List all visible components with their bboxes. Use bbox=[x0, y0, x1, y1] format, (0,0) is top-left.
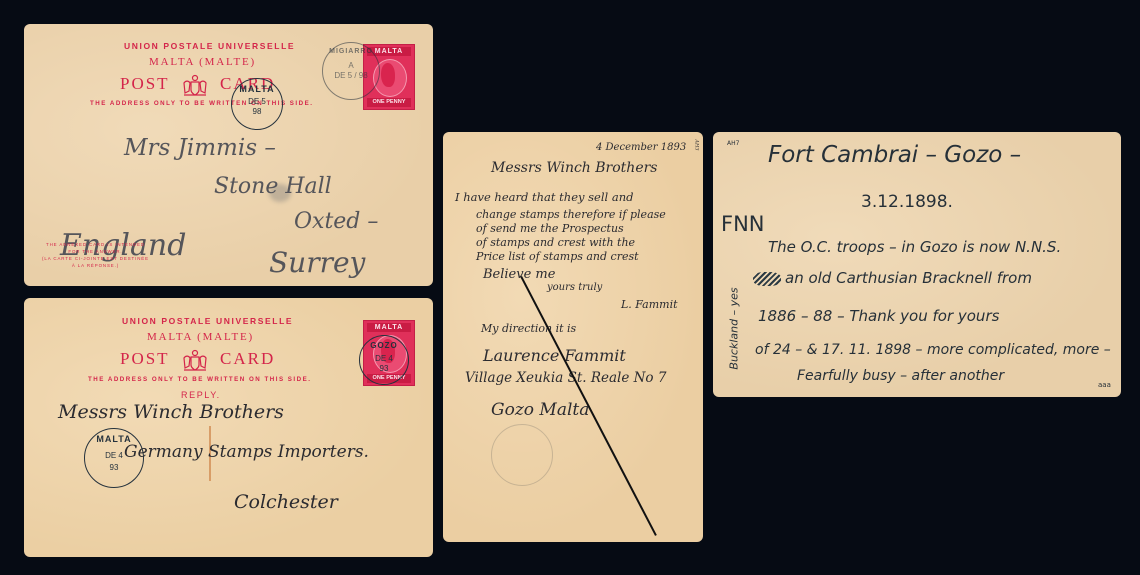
signature-tail: aaa bbox=[1098, 381, 1111, 389]
faint-postmark bbox=[491, 424, 553, 486]
postcard-front-message: UNION POSTALE UNIVERSELLE MALTA (MALTE) … bbox=[24, 24, 433, 286]
crossed-out-word bbox=[753, 272, 781, 286]
stamp-value: ONE PENNY bbox=[367, 98, 411, 107]
signature: L. Fammit bbox=[621, 298, 678, 311]
reply-label: REPLY. bbox=[181, 390, 221, 400]
postmark-town: MIGIARRO bbox=[323, 48, 379, 55]
annex-line: THE ANNEXED CARD IS INTENDED bbox=[42, 241, 149, 248]
closing-2: yours truly bbox=[547, 282, 602, 293]
postmark-year: 98 bbox=[232, 107, 282, 116]
note-line: 1886 – 88 – Thank you for yours bbox=[758, 307, 999, 325]
country-header: MALTA (MALTE) bbox=[149, 56, 256, 68]
note-line: The O.C. troops – in Gozo is now N.N.S. bbox=[768, 238, 1061, 256]
addressee-name: Messrs Winch Brothers bbox=[58, 401, 284, 423]
queen-head-icon bbox=[381, 63, 395, 87]
royal-arms-icon bbox=[181, 74, 209, 98]
address-only-notice: THE ADDRESS ONLY TO BE WRITTEN ON THIS S… bbox=[88, 376, 311, 383]
note-line: Fearfully busy – after another bbox=[797, 368, 1004, 384]
postmark-gozo: GOZO DE 4 93 bbox=[359, 335, 409, 385]
note-date: 3.12.1898. bbox=[861, 192, 953, 212]
address-line-2: Oxted – bbox=[294, 209, 378, 234]
annex-line: À LA RÉPONSE.) bbox=[42, 262, 149, 269]
upu-header: UNION POSTALE UNIVERSELLE bbox=[124, 41, 295, 51]
postmark-town: GOZO bbox=[360, 341, 408, 350]
stamp-country: MALTA bbox=[367, 323, 411, 332]
post-label: POST bbox=[120, 74, 170, 94]
card-label: CARD bbox=[220, 349, 275, 369]
sender-name: Laurence Fammit bbox=[483, 346, 626, 365]
letter-line: change stamps therefore if please bbox=[476, 208, 666, 221]
sender-location: Gozo Malta bbox=[491, 400, 589, 420]
corner-note: AH7 bbox=[727, 140, 739, 147]
sender-address: Village Xeukia St. Reale No 7 bbox=[465, 370, 666, 386]
country-header: MALTA (MALTE) bbox=[147, 331, 254, 343]
postmark-town: MALTA bbox=[232, 84, 282, 94]
closing: Believe me bbox=[483, 267, 555, 282]
postmark-date: DE 5 bbox=[232, 97, 282, 106]
annex-line: (LA CARTE CI-JOINTE EST DESTINÉE bbox=[42, 255, 149, 262]
postmark-malta: MALTA DE 5 98 bbox=[231, 78, 283, 130]
letter-line: My direction it is bbox=[481, 322, 576, 335]
note-line: of 24 – & 17. 11. 1898 – more complicate… bbox=[755, 342, 1111, 358]
royal-arms-icon bbox=[181, 349, 209, 373]
postmark-migiarro: MIGIARRO A DE 5 / 98 bbox=[322, 42, 380, 100]
postmark-year: 93 bbox=[360, 364, 408, 373]
post-label: POST bbox=[120, 349, 170, 369]
postmark-date: DE 4 bbox=[360, 354, 408, 363]
postcard-reverse-letter: 4 December 1893 AH3 Messrs Winch Brother… bbox=[443, 132, 703, 542]
postmark-code: A bbox=[323, 61, 379, 70]
margin-note: AH3 bbox=[694, 139, 700, 150]
note-line: an old Carthusian Bracknell from bbox=[785, 269, 1032, 287]
address-county: Surrey bbox=[269, 246, 365, 279]
postcard-front-reply: UNION POSTALE UNIVERSELLE MALTA (MALTE) … bbox=[24, 298, 433, 557]
margin-initials: FNN bbox=[721, 212, 765, 236]
upu-header: UNION POSTALE UNIVERSELLE bbox=[122, 316, 293, 326]
note-title: Fort Cambrai – Gozo – bbox=[768, 142, 1021, 168]
letter-line: Price list of stamps and crest bbox=[476, 250, 639, 263]
salutation: Messrs Winch Brothers bbox=[491, 160, 657, 176]
addressee-name: Mrs Jimmis – bbox=[124, 135, 276, 161]
vertical-margin-note: Buckland – yes bbox=[728, 287, 741, 369]
letter-line: of send me the Prospectus bbox=[476, 222, 624, 235]
postcard-reverse-note: AH7 Fort Cambrai – Gozo – 3.12.1898. FNN… bbox=[713, 132, 1121, 397]
letter-line: I have heard that they sell and bbox=[455, 190, 634, 204]
letter-date: 4 December 1893 bbox=[596, 142, 686, 153]
address-city: Colchester bbox=[234, 491, 338, 513]
postmark-date: DE 5 / 98 bbox=[323, 71, 379, 80]
postmark-year: 93 bbox=[85, 463, 143, 472]
letter-line: of stamps and crest with the bbox=[476, 236, 635, 249]
address-line-1: Germany Stamps Importers. bbox=[124, 442, 369, 462]
annex-note: THE ANNEXED CARD IS INTENDED FOR THE ANS… bbox=[42, 241, 149, 269]
annex-line: FOR THE ANSWER. bbox=[42, 248, 149, 255]
address-line-1: Stone Hall bbox=[214, 174, 332, 199]
